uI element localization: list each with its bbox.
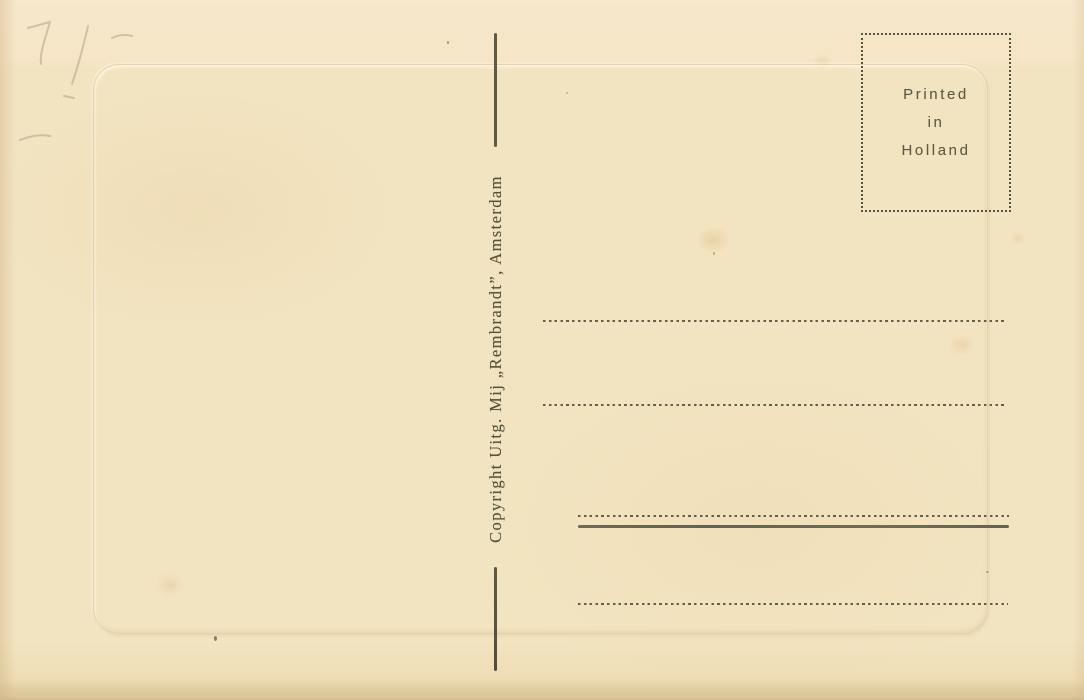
divider-rule-bottom xyxy=(494,567,497,671)
divider-rule-top xyxy=(494,33,497,147)
address-line-3-solid xyxy=(578,525,1009,528)
address-line-3-dotted xyxy=(578,515,1009,517)
card-right-edge-shading xyxy=(1072,0,1084,700)
postcard-back: Copyright Uitg. Mij „Rembrandt”, Amsterd… xyxy=(0,0,1084,700)
card-left-edge-shading xyxy=(0,0,16,700)
address-line-4 xyxy=(578,603,1008,605)
ink-speck xyxy=(713,252,715,255)
address-line-1 xyxy=(543,320,1007,322)
stamp-box-text-line3: Holland xyxy=(901,137,970,165)
ink-speck xyxy=(566,92,568,94)
stamp-box-text-line1: Printed xyxy=(903,81,969,109)
embossed-picture-panel xyxy=(93,64,988,634)
ink-speck xyxy=(986,571,989,573)
ink-speck xyxy=(447,41,449,44)
stamp-box: Printed in Holland xyxy=(861,33,1011,212)
publisher-copyright-text: Copyright Uitg. Mij „Rembrandt”, Amsterd… xyxy=(486,147,508,571)
address-line-2 xyxy=(543,404,1004,406)
ink-speck xyxy=(214,636,217,641)
stamp-box-text-line2: in xyxy=(928,109,945,137)
